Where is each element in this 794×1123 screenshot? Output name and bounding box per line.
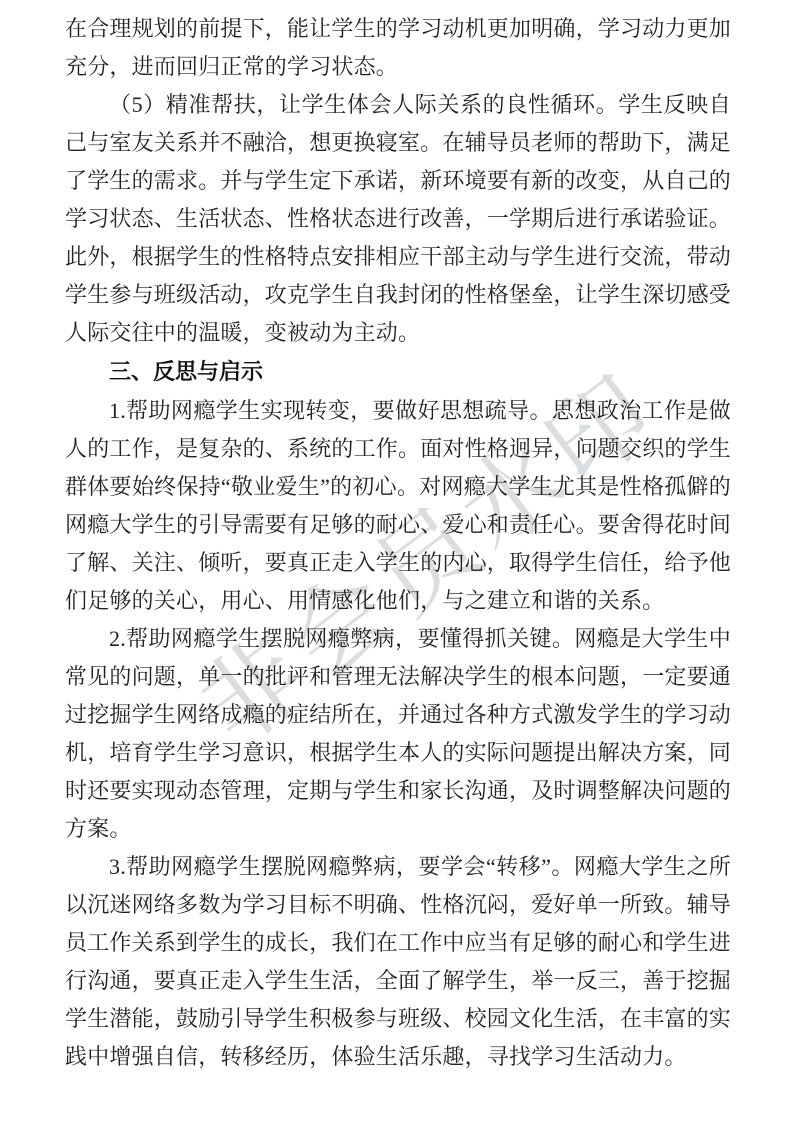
paragraph-reflection-2: 2.帮助网瘾学生摆脱网瘾弊病，要懂得抓关键。网瘾是大学生中常见的问题，单一的批评… bbox=[65, 620, 731, 848]
section-heading-reflection: 三、反思与启示 bbox=[65, 352, 731, 392]
paragraph-continuation: 在合理规划的前提下，能让学生的学习动机更加明确，学习动力更加充分，进而回归正常的… bbox=[65, 10, 731, 86]
page-body: 在合理规划的前提下，能让学生的学习动机更加明确，学习动力更加充分，进而回归正常的… bbox=[0, 0, 794, 1076]
paragraph-reflection-3: 3.帮助网瘾学生摆脱网瘾弊病，要学会“转移”。网瘾大学生之所以沉迷网络多数为学习… bbox=[65, 848, 731, 1076]
document-page: 非会员水印 在合理规划的前提下，能让学生的学习动机更加明确，学习动力更加充分，进… bbox=[0, 0, 794, 1123]
paragraph-point-5: （5）精准帮扶，让学生体会人际关系的良性循环。学生反映自己与室友关系并不融洽，想… bbox=[65, 86, 731, 352]
paragraph-reflection-1: 1.帮助网瘾学生实现转变，要做好思想疏导。思想政治工作是做人的工作，是复杂的、系… bbox=[65, 392, 731, 620]
